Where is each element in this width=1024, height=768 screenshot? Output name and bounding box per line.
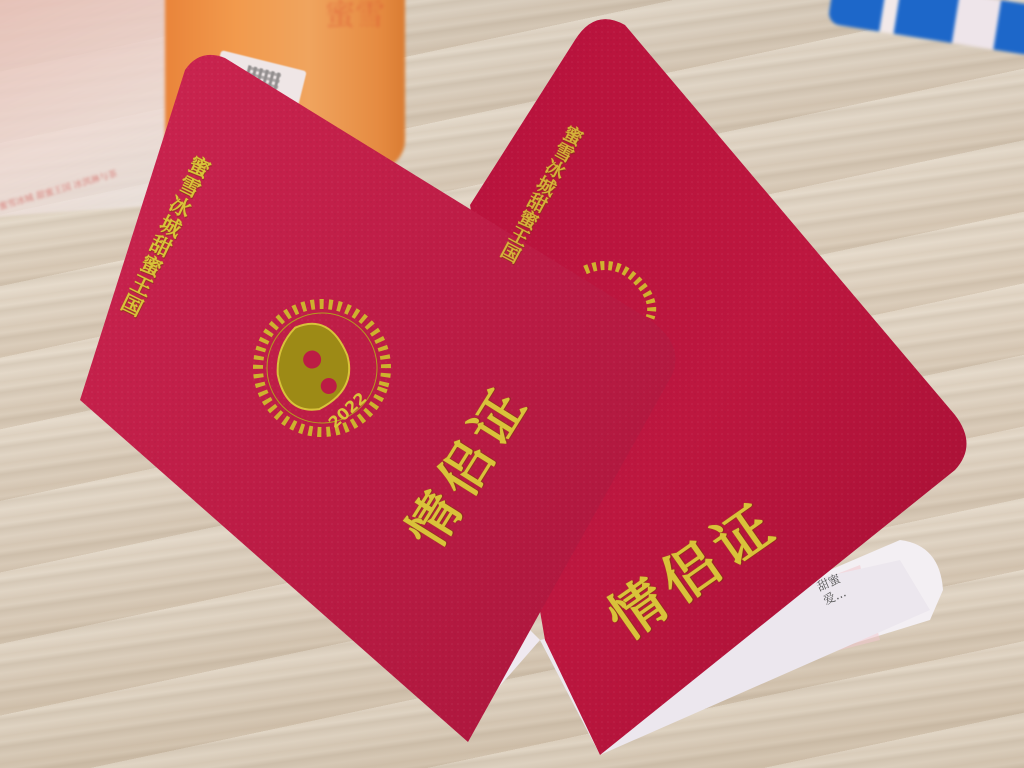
photo-scene: 蜜雪冰城 甜蜜王国 冰淇淋与茶 蜜雪 <box>0 0 1024 768</box>
booklets-illustration: 2022 <box>0 0 1024 768</box>
